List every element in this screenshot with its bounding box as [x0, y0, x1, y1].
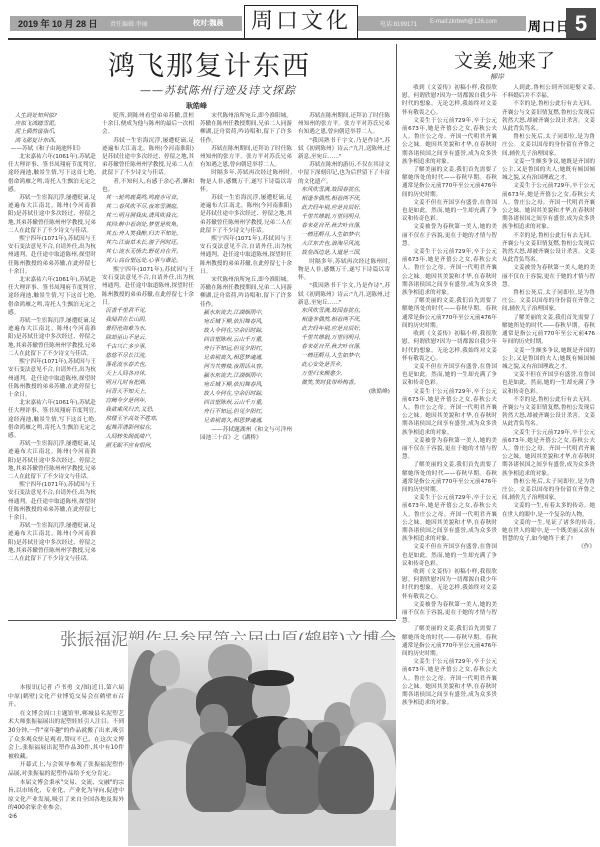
- paragraph: ——苏轼题湖州《和文与可洋州园池三十首》之《湖桥》: [200, 426, 292, 442]
- paragraph: 了解美丽的文姜,我们首先需要了解她所处的时代——春秋早期。春秋通常是指公元前77…: [502, 314, 595, 347]
- photo-clay-doll-2-body: [266, 746, 322, 814]
- paragraph: "我因熟书千字文,乃是作诗",苏轼《初到陈州》诗云:"九月,送陈州,过新息,至宛…: [298, 282, 390, 307]
- poem-line: 我欲乘风归去,又恐,: [102, 406, 194, 415]
- verse-reference: ——苏轼《和子由渑池怀旧》: [8, 145, 96, 153]
- poem-line: 此去经年别,应是良辰好,: [298, 325, 390, 334]
- paragraph: 苏轼一生宦海沉浮,屡遭贬谪,足迹遍布大江南北。陈州(今河南淮阳)是苏轼仕途中多次…: [200, 194, 292, 235]
- paragraph: 文姜生于公元前729年,卒于公元前673年,她是齐僖公之女,春秋公夫人。鲁庄公之…: [502, 429, 595, 478]
- poem-line: 颍水东流去,江湖烟雨中,: [200, 309, 292, 318]
- poem-line: 千里共婵娟,万里同明月,: [298, 213, 390, 222]
- paragraph: 时隔多年,苏轼再次经过陈州时,物是人非,感慨万千,遂写下诗篇以寄怀。: [200, 169, 292, 194]
- paragraph: 者,不知何人,有感于余心者,聊和也。: [102, 178, 194, 194]
- poem-line: 兄弟别离久,相思梦魂通,: [200, 354, 292, 363]
- poem-line: 沉香千里君不见,: [102, 307, 194, 316]
- paragraph: 文姜生于公元前729年,卒于公元前673年,她是齐僖公之女,春秋公夫人。鲁庄公之…: [502, 182, 595, 231]
- article2-title: 文姜,她来了: [454, 46, 555, 73]
- photo-person-girl-right: [350, 682, 386, 726]
- article1-signoff: (耿皓峰): [298, 388, 390, 396]
- poem-line: 悠悠不尽长江流,: [102, 352, 194, 361]
- article1-column-2: 贬所,到陈州看望弟弟苏辙,盘桓十余日,便成为他与陈州的最后一次相会。 苏轼一生宦…: [102, 112, 194, 617]
- page-number: 5: [566, 8, 596, 39]
- poem-line: 琼楼玉宇高处不胜寒,: [102, 415, 194, 424]
- poem-line: 一樽还酹月,人生如梦中,: [298, 231, 390, 240]
- masthead-rule: [8, 38, 596, 40]
- paragraph: 宋代陈州治所宛丘,即今淮阳城。苏辙在陈州任教授期间,兄弟二人同游柳湖,泛舟赏荷,…: [200, 276, 292, 309]
- paragraph: 文姜生于公元前729年,卒于公元前673年,她是齐僖公之女,春秋公夫人。鲁庄公之…: [402, 494, 497, 543]
- paragraph: 鲁桓公死后,太子同即位,是为鲁庄公。文姜以国母的身份留在齐鲁之间,辅佐儿子治理国…: [502, 289, 595, 314]
- paragraph: 不幸的是,鲁桓公此行有去无回。齐襄公与文姜旧情复燃,鲁桓公发现后勃然大怒,却被齐…: [502, 232, 595, 265]
- poem-line: 舟行不知远,但见夕阳红,: [200, 345, 292, 354]
- article1-column-4: 苏轼在陈州期间,还拜访了时任陈州知州的张方平。张方平对苏氏兄弟有知遇之恩,曾向朝…: [298, 112, 390, 617]
- masthead: 2019 年 10 月 28 日 责任编辑:李丽 校对:魏晨 周口文化 电话:8…: [0, 0, 600, 42]
- poem-line: 落花流水春去也,: [102, 361, 194, 370]
- paragraph: 贬所,到陈州看望弟弟苏辙,盘桓十余日,便成为他与陈州的最后一次相会。: [102, 112, 194, 137]
- poem-line: 相逢非偶然,相看两不厌,: [298, 195, 390, 204]
- photo-clay-doll-3-body: [318, 746, 374, 814]
- paragraph: 文姜不但在齐国享有盛誉,在鲁国也是如此。然而,她的一生却充满了争议和传奇色彩。: [402, 363, 497, 388]
- paragraph: 文姜的一生,有着太多的传奇。她在世人的眼中,是一个复杂的人物。: [502, 502, 595, 518]
- poem-line: 故人今何在,空余旧时踪,: [200, 327, 292, 336]
- paragraph: 北宋嘉祐六年(1061年),苏轼赴任大理评事、签书凤翔府节度判官,途经渑池,触景…: [8, 276, 96, 317]
- numbered-poem: 其三:明月照我床,清风吹我衣。: [102, 212, 194, 221]
- paragraph: 文姜生于公元前729年,卒于公元前673年,她是齐僖公之女,春秋公夫人。鲁庄公之…: [402, 248, 497, 297]
- poem-line: 东风吹雪满,故园春犹在,: [298, 186, 390, 195]
- article1-title: 鸿飞那复计东西: [108, 44, 311, 83]
- poem-line: 人间转朱阁低绮户,: [102, 433, 194, 442]
- paragraph: 苏轼一生宦海沉浮,屡遭贬谪,足迹遍布大江南北。陈州(今河南淮阳)是苏轼仕途中多次…: [102, 137, 194, 178]
- paragraph: "我因熟书千字文,乃是作诗",苏轼《初到陈州》诗云:"九月,送陈州,过新息,至宛…: [298, 137, 390, 162]
- numbered-poem: 其五:舟人笑我醉,归去不知处。: [102, 230, 194, 239]
- paragraph: 文姜生于公元前729年,卒于公元前673年,她是齐僖公之女,春秋公夫人。鲁庄公之…: [402, 658, 497, 707]
- paragraph: 熙宁四年(1071年),苏轼因与王安石变法意见不合,自请外任,出为杭州通判。赴任…: [8, 481, 96, 522]
- email-address: E-mail:zkrbwh@126.com: [430, 19, 497, 25]
- article1-column-1: 人生到处知何似? 应似飞鸿踏雪泥。 泥上偶然留指爪, 鸿飞那复计东西。 ——苏轼…: [8, 112, 96, 617]
- paragraph: 文姜生于公元前729年,卒于公元前673年,她是齐僖公之女,春秋公夫人。鲁庄公之…: [402, 388, 497, 437]
- poem-line: 春来花自开,秋去叶自落,: [298, 343, 390, 352]
- paragraph: 北宋嘉祐六年(1061年),苏轼赴任大理评事、签书凤翔府节度判官,途经渑池,触景…: [8, 153, 96, 194]
- photo-person-woman: [150, 650, 180, 686]
- poem-line: 故人今何在,空余旧时踪,: [200, 390, 292, 399]
- paragraph: 了解美丽的文姜,我们首先需要了解她所处的时代——春秋早期。春秋通常是指公元前77…: [402, 297, 497, 330]
- poem-line: 一樽还酹月,人生如梦中,: [298, 352, 390, 361]
- paragraph: 文姜被誉为春秋第一美人,她的美丽不仅在于容貌,更在于她的才情与智慧。: [402, 601, 497, 626]
- paragraph: 了解美丽的文姜,我们首先需要了解她所处的时代——春秋早期。春秋通常是指公元前77…: [402, 461, 497, 494]
- poem-line: 微笑,笑时犹带岭梅香。: [298, 379, 390, 388]
- poem-line: 兄弟别离久,相思梦魂通,: [200, 417, 292, 426]
- paragraph: 文姜被誉为春秋第一美人,她的美丽不仅在于容貌,更在于她的才情与智慧。: [502, 264, 595, 289]
- numbered-poem: 其八:高台望远处,心事与谁论。: [102, 257, 194, 266]
- paragraph: 鲁桓公死后,太子同即位,是为鲁庄公。文姜以国母的身份留在齐鲁之间,辅佐儿子治理国…: [502, 133, 595, 158]
- paragraph: 人到此,鲁桓公到齐国迎娶文姜,不料婚后并不幸福。: [502, 84, 595, 100]
- paragraph: 开幕式上,与会领导参观了张振福泥塑作品展,对张振福的泥塑作品给予充分肯定。: [8, 761, 124, 778]
- paragraph: 文姜一生颇多争议,她既是齐国的公主,又是鲁国的夫人;她既有倾国倾城之貌,又有治国…: [502, 347, 595, 372]
- poem-line: 照无眠不应有恨何,: [102, 442, 194, 451]
- poem-line: 宛丘城下柳,依旧舞春风,: [200, 318, 292, 327]
- numbered-poem: 其六:江南草木长,游子何时还。: [102, 239, 194, 248]
- paragraph: 苏轼一生宦海沉浮,屡遭贬谪,足迹遍布大江南北。陈州(今河南淮阳)是苏轼仕途中多次…: [8, 522, 96, 563]
- issue-date: 2019 年 10 月 28 日: [18, 17, 98, 30]
- paragraph: 苏轼一生宦海沉浮,屡遭贬谪,足迹遍布大江南北。陈州(今河南淮阳)是苏轼仕途中多次…: [8, 194, 96, 235]
- poem-line: 故垒西边是,人道是三国,: [298, 249, 390, 258]
- article2-byline: 柳岸: [490, 72, 504, 82]
- numbered-poem: 其七:流水无情去,野花自在开。: [102, 248, 194, 257]
- paragraph: 熙宁四年(1071年),苏轼因与王安石变法意见不合,自请外任,出为杭州通判。赴任…: [200, 235, 292, 276]
- article2-column-2: 人到此,鲁桓公到齐国迎娶文姜,不料婚后并不幸福。 不幸的是,鲁桓公此行有去无回。…: [502, 84, 595, 844]
- section-divider: [8, 620, 396, 621]
- paragraph: 文姜不但在齐国享有盛誉,在鲁国也是如此。然而,她的一生却充满了争议和传奇色彩。: [502, 371, 595, 396]
- paragraph: 苏轼一生宦海沉浮,屡遭贬谪,足迹遍布大江南北。陈州(今河南淮阳)是苏轼仕途中多次…: [8, 317, 96, 358]
- paragraph: 不幸的是,鲁桓公此行有去无回。齐襄公与文姜旧情复燃,鲁桓公发现后勃然大怒,却被齐…: [502, 100, 595, 133]
- paragraph: 本报讯(记者 卢书勇 文/图)近日,第六届中原(鹤壁)文化产业博览交易会在鹤壁市…: [8, 684, 124, 710]
- paragraph: 苏轼在陈州的游历,不仅在其诗文中留下深刻印记,也为后世留下了丰富的文化遗产。: [298, 161, 390, 186]
- paragraph: 熙宁四年(1071年),苏轼因与王安石变法意见不合,自请外任,出为杭州通判。赴任…: [8, 358, 96, 399]
- paragraph: 收到《文姜传》初稿小样,我很欣慰。何谓欣慰?因为一切都源自我少年时代的想象。无论…: [402, 330, 497, 363]
- paragraph: 收到《文姜传》初稿小样,我很欣慰。何谓欣慰?因为一切都源自我少年时代的想象。无论…: [402, 84, 497, 117]
- article1-column-3: 宋代陈州治所宛丘,即今淮阳城。苏辙在陈州任教授期间,兄弟二人同游柳湖,泛舟赏荷,…: [200, 112, 292, 617]
- poem-line: 起舞弄清影何似在,: [102, 424, 194, 433]
- numbered-poem: 其二:春风吹不尽,夜寒雪满庭。: [102, 203, 194, 212]
- article2-column-1: 收到《文姜传》初稿小样,我很欣慰。何谓欣慰?因为一切都源自我少年时代的想象。无论…: [402, 84, 497, 844]
- paragraph: 本届文博会秉承"交易、交流、交融"的宗旨,以市场化、专业化、产业化为导向,促进中…: [8, 779, 124, 813]
- paragraph: 文姜不但在齐国享有盛誉,在鲁国也是如此。然而,她的一生却充满了争议和传奇色彩。: [402, 543, 497, 568]
- poem-line: 回首望陈州,云山千万重,: [200, 399, 292, 408]
- poem-line: 天上人间各自休,: [102, 370, 194, 379]
- paragraph: 文姜不但在齐国享有盛誉,在鲁国也是如此。然而,她的一生却充满了争议和传奇色彩。: [402, 199, 497, 224]
- poem-line: 此心安处是吾乡,: [298, 361, 390, 370]
- poem-line: 春来花自开,秋去叶自落,: [298, 222, 390, 231]
- poem-line: 颍水东流去,江湖烟雨中,: [200, 372, 292, 381]
- paragraph: 文姜生于公元前729年,卒于公元前673年,她是齐僖公之女,春秋公夫人。鲁庄公之…: [402, 117, 497, 166]
- verse-line: 鸿飞那复计东西。: [8, 137, 96, 145]
- paragraph: 在文博会周口主题馆里,郸城县名泥塑艺术大师张振福展出的泥塑娃娃引人注目。不到30…: [8, 710, 124, 762]
- editor-credit: 责任编辑:李丽: [110, 19, 148, 28]
- poem-line: 除却巫山不是云,: [102, 334, 194, 343]
- paragraph: 了解美丽的文姜,我们首先需要了解她所处的时代——春秋早期。春秋通常是指公元前77…: [402, 166, 497, 199]
- paragraph: 熙宁四年(1071年),苏轼因与王安石变法意见不合,自请外任,出为杭州通判。赴任…: [102, 266, 194, 307]
- photo-clay-doll-1: [200, 704, 228, 734]
- paragraph: 文姜被誉为春秋第一美人,她的美丽不仅在于容貌,更在于她的才情与智慧。: [402, 223, 497, 248]
- poem-line: 宫阙今夕是何年,: [102, 397, 194, 406]
- poem-line: 大江东去也,浪淘尽风流,: [298, 240, 390, 249]
- photo-clay-doll-1-body: [186, 732, 246, 812]
- poem-line: 此去经年别,应是良辰好,: [298, 204, 390, 213]
- poem-line: 明月几时有把酒,: [102, 379, 194, 388]
- photo-clay-sculpture-exhibition: [128, 640, 396, 846]
- poem-line: 千古兴亡多少事,: [102, 343, 194, 352]
- phone-number: 电话:8199171: [380, 19, 417, 28]
- numbered-poem: 其四:醉中看剑处,梦里是吹角。: [102, 221, 194, 230]
- paragraph: 北宋嘉祐六年(1061年),苏轼赴任大理评事、签书凤翔府节度判官,途经渑池,触景…: [8, 399, 96, 440]
- paragraph: 苏轼在陈州期间,还拜访了时任陈州知州的张方平。张方平对苏氏兄弟有知遇之恩,曾向朝…: [200, 145, 292, 170]
- poem-line: 宛丘城下柳,依旧舞春风,: [200, 381, 292, 390]
- verse-line: 应似飞鸿踏雪泥。: [8, 120, 96, 128]
- article1-subtitle: ——苏轼陈州行迹及诗文探踪: [140, 82, 296, 98]
- paragraph: 熙宁四年(1071年),苏轼因与王安石变法意见不合,自请外任,出为杭州通判。赴任…: [8, 235, 96, 276]
- paragraph: 鲁桓公死后,太子同即位,是为鲁庄公。文姜以国母的身份留在齐鲁之间,辅佐儿子治理国…: [502, 478, 595, 503]
- photo-news-signoff: ②6: [8, 813, 124, 822]
- section-title: 周口文化: [244, 5, 358, 39]
- photo-person-artist-hair: [248, 670, 294, 686]
- paragraph: 苏轼在陈州期间,还拜访了时任陈州知州的张方平。张方平对苏氏兄弟有知遇之恩,曾向朝…: [298, 112, 390, 137]
- photo-news-text: 本报讯(记者 卢书勇 文/图)近日,第六届中原(鹤壁)文化产业博览交易会在鹤壁市…: [8, 684, 124, 844]
- photo-display-table: [128, 810, 396, 846]
- verse-line: 人生到处知何似?: [8, 112, 96, 120]
- poem-line: 相逢非偶然,相看两不厌,: [298, 316, 390, 325]
- article2-signoff: 《作》: [502, 543, 595, 551]
- numbered-poem: 其一:轮鸣鹿莫鸣,鸣鹿亦可食。: [102, 194, 194, 203]
- paragraph: 苏轼一生宦海沉浮,屡遭贬谪,足迹遍布大江南北。陈州(今河南淮阳)是苏轼仕途中多次…: [8, 440, 96, 481]
- poem-line: 回首望陈州,云山千万重,: [200, 336, 292, 345]
- paragraph: 文姜的一生,见证了诸多的传奇,她在世人的眼中,是一个既美丽又富有智慧的女子,如今…: [502, 519, 595, 544]
- paragraph: 宋代陈州治所宛丘,即今淮阳城。苏辙在陈州任教授期间,兄弟二人同游柳湖,泛舟赏荷,…: [200, 112, 292, 145]
- proofreader-credit: 校对:魏晨: [193, 18, 223, 28]
- paragraph: 文姜一生颇多争议,她既是齐国的公主,又是鲁国的夫人;她既有倾国倾城之貌,又有治国…: [502, 158, 595, 183]
- paragraph: 时隔多年,苏轼再次经过陈州时,物是人非,感慨万千,遂写下诗篇以寄怀。: [298, 258, 390, 283]
- poem-line: 问青天不知天上,: [102, 388, 194, 397]
- poem-line: 东风吹雪满,故园春犹在,: [298, 307, 390, 316]
- poem-line: 万里归来颜愈少,: [298, 370, 390, 379]
- article-divider: [396, 44, 397, 619]
- verse-line: 泥上偶然留指爪,: [8, 128, 96, 136]
- poem-line: 我闻君在长山阴,: [102, 316, 194, 325]
- paragraph: 不幸的是,鲁桓公此行有去无回。齐襄公与文姜旧情复燃,鲁桓公发现后勃然大怒,却被齐…: [502, 396, 595, 429]
- article1-byline: 耿皓峰: [186, 101, 207, 111]
- poem-line: 舟行不知远,但见夕阳红,: [200, 408, 292, 417]
- paragraph: 文姜被誉为春秋第一美人,她的美丽不仅在于容貌,更在于她的才情与智慧。: [402, 437, 497, 462]
- paragraph: 收到《文姜传》初稿小样,我很欣慰。何谓欣慰?因为一切都源自我少年时代的想象。无论…: [402, 568, 497, 601]
- poem-line: 何当共剪烛,夜雨话从容。: [200, 363, 292, 372]
- poem-line: 千里共婵娟,万里同明月,: [298, 334, 390, 343]
- paragraph: 了解美丽的文姜,我们首先需要了解她所处的时代——春秋早期。春秋通常是指公元前77…: [402, 625, 497, 658]
- poem-line: 曾经沧海难为水,: [102, 325, 194, 334]
